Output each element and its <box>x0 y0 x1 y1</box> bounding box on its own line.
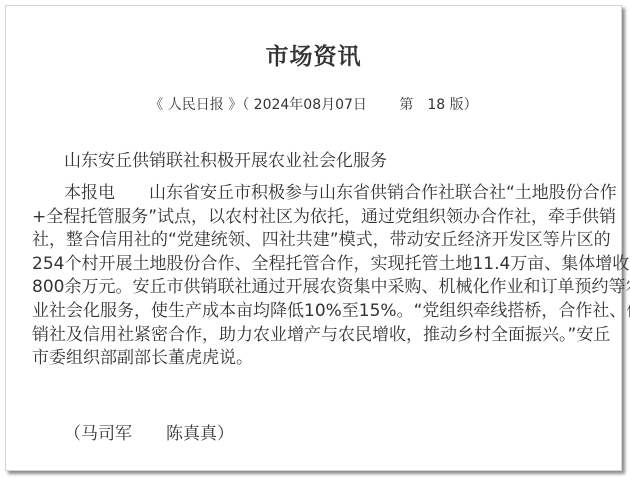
article-byline: （马司军 陈真真） <box>64 419 234 444</box>
source-line: 《 人民日报 》（ 2024年08月07日 第 18 版） <box>6 94 621 114</box>
page-title: 市场资讯 <box>6 38 621 71</box>
body-line: 业社会化服务，使生产成本亩均降低10%至15%。“党组织牵线搭桥，合作社、供 <box>32 300 606 324</box>
body-line: 销社及信用社紧密合作，助力农业增产与农民增收，推动乡村全面振兴。”安丘 <box>32 324 606 348</box>
article-body: 本报电 山东省安丘市积极参与山东省供销合作社联合社“土地股份合作 +全程托管服务… <box>32 182 606 371</box>
body-line: 本报电 山东省安丘市积极参与山东省供销合作社联合社“土地股份合作 <box>32 182 606 206</box>
body-line: 社，整合信用社的“党建统领、四社共建”模式，带动安丘经济开发区等片区的 <box>32 229 606 253</box>
body-line: 市委组织部副部长董虎虎说。 <box>32 347 606 371</box>
article-card: 市场资讯 《 人民日报 》（ 2024年08月07日 第 18 版） 山东安丘供… <box>5 5 622 471</box>
body-line: 800余万元。安丘市供销联社通过开展农资集中采购、机械化作业和订单预约等农 <box>32 276 606 300</box>
body-line: +全程托管服务”试点，以农村社区为依托，通过党组织领办合作社，牵手供销 <box>32 206 606 230</box>
body-line: 254个村开展土地股份合作、全程托管合作，实现托管土地11.4万亩、集体增收 <box>32 253 606 277</box>
article-headline: 山东安丘供销联社积极开展农业社会化服务 <box>64 146 387 171</box>
